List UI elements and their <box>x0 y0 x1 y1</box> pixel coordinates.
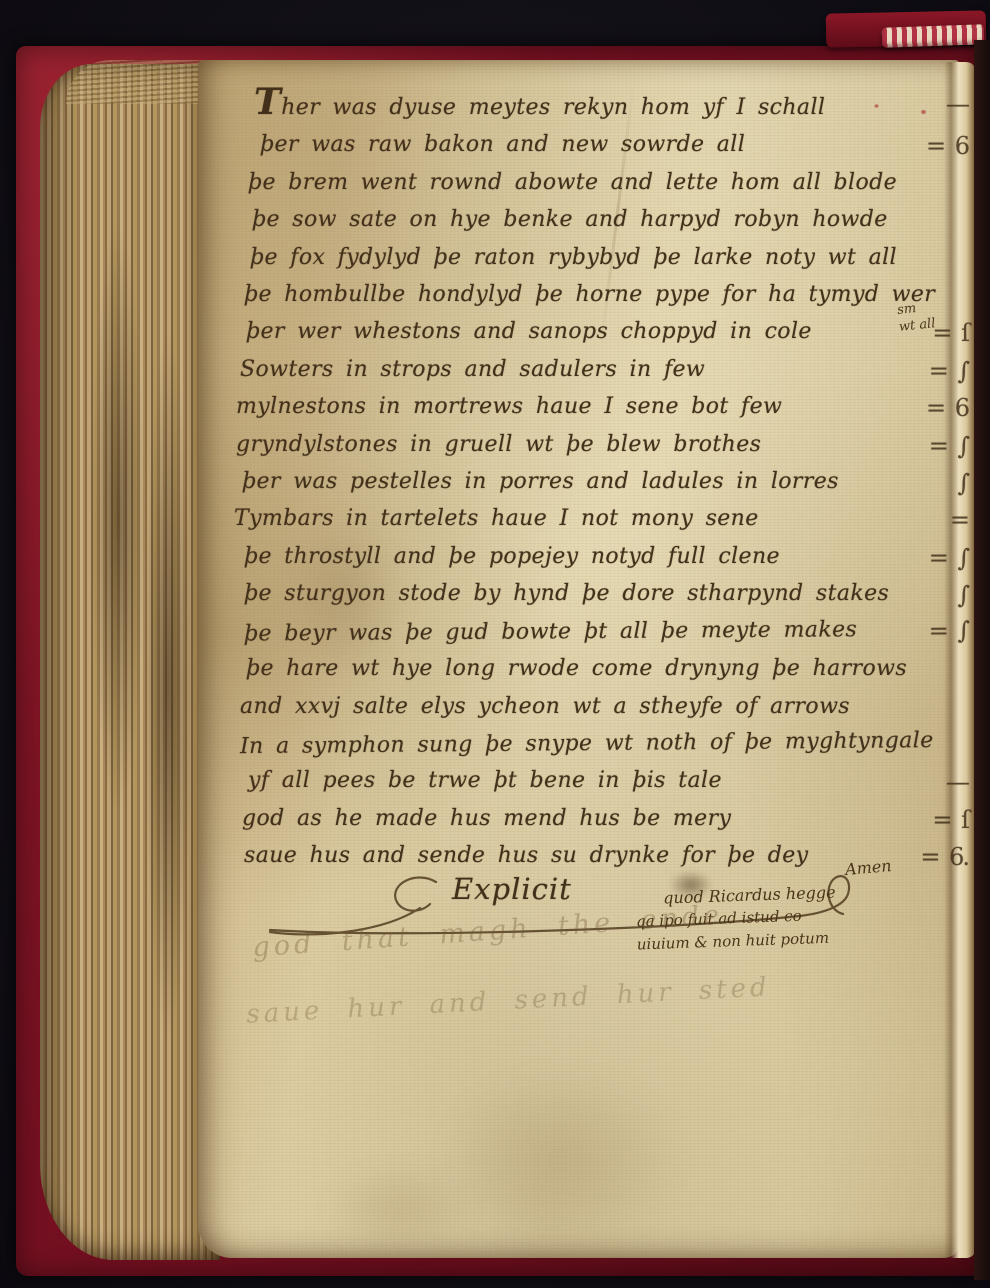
manuscript-line: þer was raw bakon and new sowrde all= 6 <box>260 126 954 163</box>
amen-label: Amen <box>844 856 892 879</box>
line-flourish: = 6 <box>926 128 968 165</box>
line-flourish: ∫ <box>957 465 968 502</box>
line-flourish: = 6 <box>926 390 968 427</box>
manuscript-line: þe sturgyon stode by hynd þe dore stharp… <box>244 575 954 612</box>
manuscript-line: þe fox fydylyd þe raton rybybyd þe larke… <box>250 239 954 276</box>
line-flourish: = 6. <box>920 839 968 876</box>
manuscript-line: In a symphon sung þe snype wt noth of þe… <box>240 722 954 766</box>
manuscript-line: Sowters in strops and sadulers in few= ∫ <box>240 351 954 388</box>
manuscript-line: þe sow sate on hye benke and harpyd roby… <box>252 201 954 238</box>
manuscript-text: Ther was dyuse meytes rekyn hom yf I sch… <box>240 84 954 875</box>
manuscript-line: and xxvj salte elys ycheon wt a stheyfe … <box>240 688 954 725</box>
manuscript-line: þe brem went rownd abowte and lette hom … <box>248 164 954 201</box>
line-flourish: = ∫ <box>929 612 969 650</box>
manuscript-line: Ther was dyuse meytes rekyn hom yf I sch… <box>254 84 954 126</box>
line-flourish: = ∫ <box>929 428 968 465</box>
manuscript-photo: Ther was dyuse meytes rekyn hom yf I sch… <box>0 0 990 1288</box>
manuscript-line: þer was pestelles in porres and ladules … <box>242 463 954 500</box>
gutter-shadow <box>974 40 990 1280</box>
manuscript-line: gryndylstones in gruell wt þe blew broth… <box>236 426 954 463</box>
manuscript-line: þe hare wt hye long rwode come drynyng þ… <box>246 650 954 687</box>
manuscript-line: þe hombullbe hondylyd þe horne pype for … <box>244 276 954 313</box>
line-flourish: = ſ <box>932 802 968 839</box>
line-flourish: = ∫ <box>929 540 968 577</box>
margin-note: sm wt all <box>896 298 936 336</box>
line-flourish: = ſ <box>932 315 968 352</box>
manuscript-line: yf all pees be trwe þt bene in þis tale— <box>248 762 954 799</box>
manuscript-line: þer wer whestons and sanops choppyd in c… <box>246 313 954 350</box>
explicit-label: Explicit <box>452 872 572 906</box>
manuscript-line: god as he made hus mend hus be mery= ſ <box>242 800 954 837</box>
manuscript-line: þe beyr was þe gud bowte þt all þe meyte… <box>244 610 954 652</box>
manuscript-line: mylnestons in mortrews haue I sene bot f… <box>236 388 954 425</box>
line-flourish: — <box>946 764 968 801</box>
manuscript-line: Tymbars in tartelets haue I not mony sen… <box>234 500 954 537</box>
striped-endband <box>882 24 985 48</box>
manuscript-line: þe throstyll and þe popejey notyd full c… <box>244 538 954 575</box>
page-fore-edge <box>40 64 220 1260</box>
line-flourish: — <box>946 86 968 123</box>
line-flourish: = <box>950 502 968 539</box>
line-flourish: ∫ <box>957 577 968 614</box>
line-flourish: = ∫ <box>929 353 968 390</box>
